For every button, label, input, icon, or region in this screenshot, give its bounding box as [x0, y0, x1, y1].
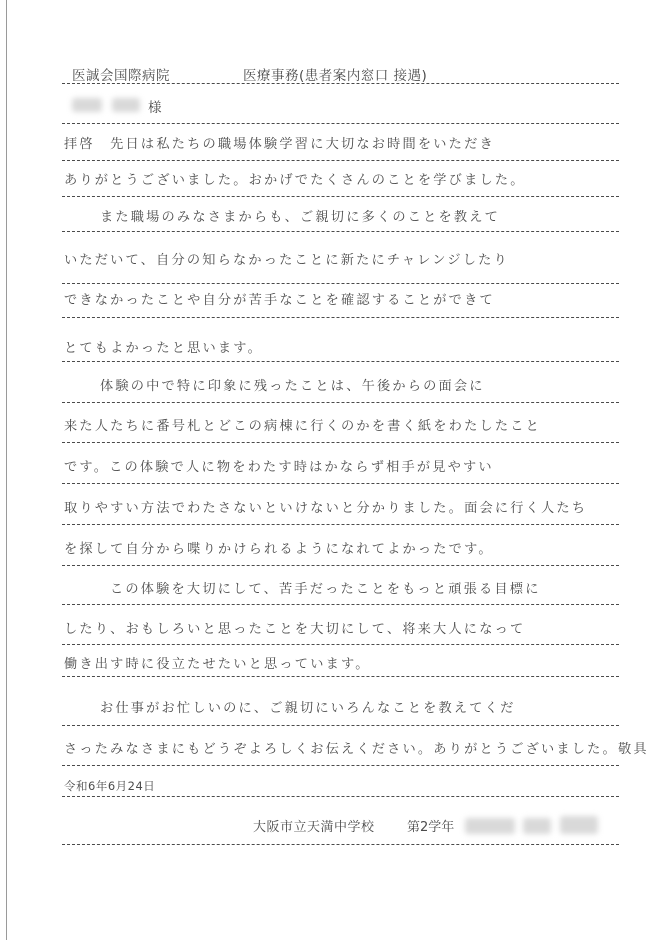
addressee-honorific: 様 — [148, 96, 162, 116]
body-line-9: です。この体験で人に物をわたす時はかならず相手が見やすい — [64, 459, 620, 477]
signature-school: 大阪市立天満中学校 — [253, 816, 375, 835]
ruled-line — [62, 442, 619, 443]
redacted-name-part — [523, 818, 551, 834]
body-line-8: 来た人たちに番号札とどこの病棟に行くのかを書く紙をわたしたこと — [64, 418, 620, 436]
body-line-5: できなかったことや自分が苦手なことを確認することができて — [64, 292, 620, 310]
ruled-line — [62, 676, 619, 677]
signature-grade: 第2学年 — [407, 816, 454, 835]
ruled-line — [62, 524, 619, 525]
recipient-organization: 医誠会国際病院 — [72, 64, 170, 84]
body-line-11: を探して自分から喋りかけられるようになれてよかったです。 — [64, 541, 620, 559]
ruled-line — [62, 844, 619, 845]
body-line-16: さったみなさまにもどうぞよろしくお伝えください。ありがとうございました。敬具 — [64, 741, 620, 759]
ruled-line — [62, 160, 619, 161]
letter-date: 令和6年6月24日 — [64, 778, 155, 794]
body-line-2: ありがとうございました。おかげでたくさんのことを学びました。 — [64, 172, 620, 190]
ruled-line — [62, 123, 619, 124]
redacted-name-part — [112, 98, 140, 112]
ruled-line — [62, 765, 619, 766]
ruled-line — [62, 483, 619, 484]
ruled-line — [62, 283, 619, 284]
redacted-name-part — [560, 816, 598, 834]
ruled-line — [62, 796, 619, 797]
ruled-line — [62, 402, 619, 403]
ruled-line — [62, 361, 619, 362]
ruled-line — [62, 604, 619, 605]
ruled-line — [62, 644, 619, 645]
ruled-line — [62, 317, 619, 318]
body-line-14: 働き出す時に役立たせたいと思っています。 — [64, 656, 620, 674]
body-line-7: 体験の中で特に印象に残ったことは、午後からの面会に — [100, 378, 620, 396]
ruled-line — [62, 565, 619, 566]
body-line-3: また職場のみなさまからも、ご親切に多くのことを教えて — [100, 209, 620, 227]
body-line-6: とてもよかったと思います。 — [64, 340, 620, 358]
body-line-13: したり、おもしろいと思ったことを大切にして、将来大人になって — [64, 621, 620, 639]
body-line-10: 取りやすい方法でわたさないといけないと分かりました。面会に行く人たち — [64, 500, 620, 518]
redacted-class — [465, 818, 515, 834]
letter-page: 医誠会国際病院 医療事務(患者案内窓口 接遇) 様 拝啓 先日は私たちの職場体験… — [0, 0, 665, 940]
ruled-line — [62, 231, 619, 232]
ruled-line — [62, 725, 619, 726]
redacted-name-part — [72, 98, 102, 112]
body-line-4: いただいて、自分の知らなかったことに新たにチャレンジしたり — [64, 252, 620, 270]
body-line-12: この体験を大切にして、苦手だったことをもっと頑張る目標に — [110, 581, 620, 599]
recipient-department: 医療事務(患者案内窓口 接遇) — [243, 64, 427, 84]
ruled-line — [62, 83, 619, 84]
body-line-15: お仕事がお忙しいのに、ご親切にいろんなことを教えてくだ — [100, 700, 620, 718]
page-left-edge — [6, 0, 7, 940]
body-line-1: 拝啓 先日は私たちの職場体験学習に大切なお時間をいただき — [64, 136, 620, 154]
ruled-line — [62, 196, 619, 197]
